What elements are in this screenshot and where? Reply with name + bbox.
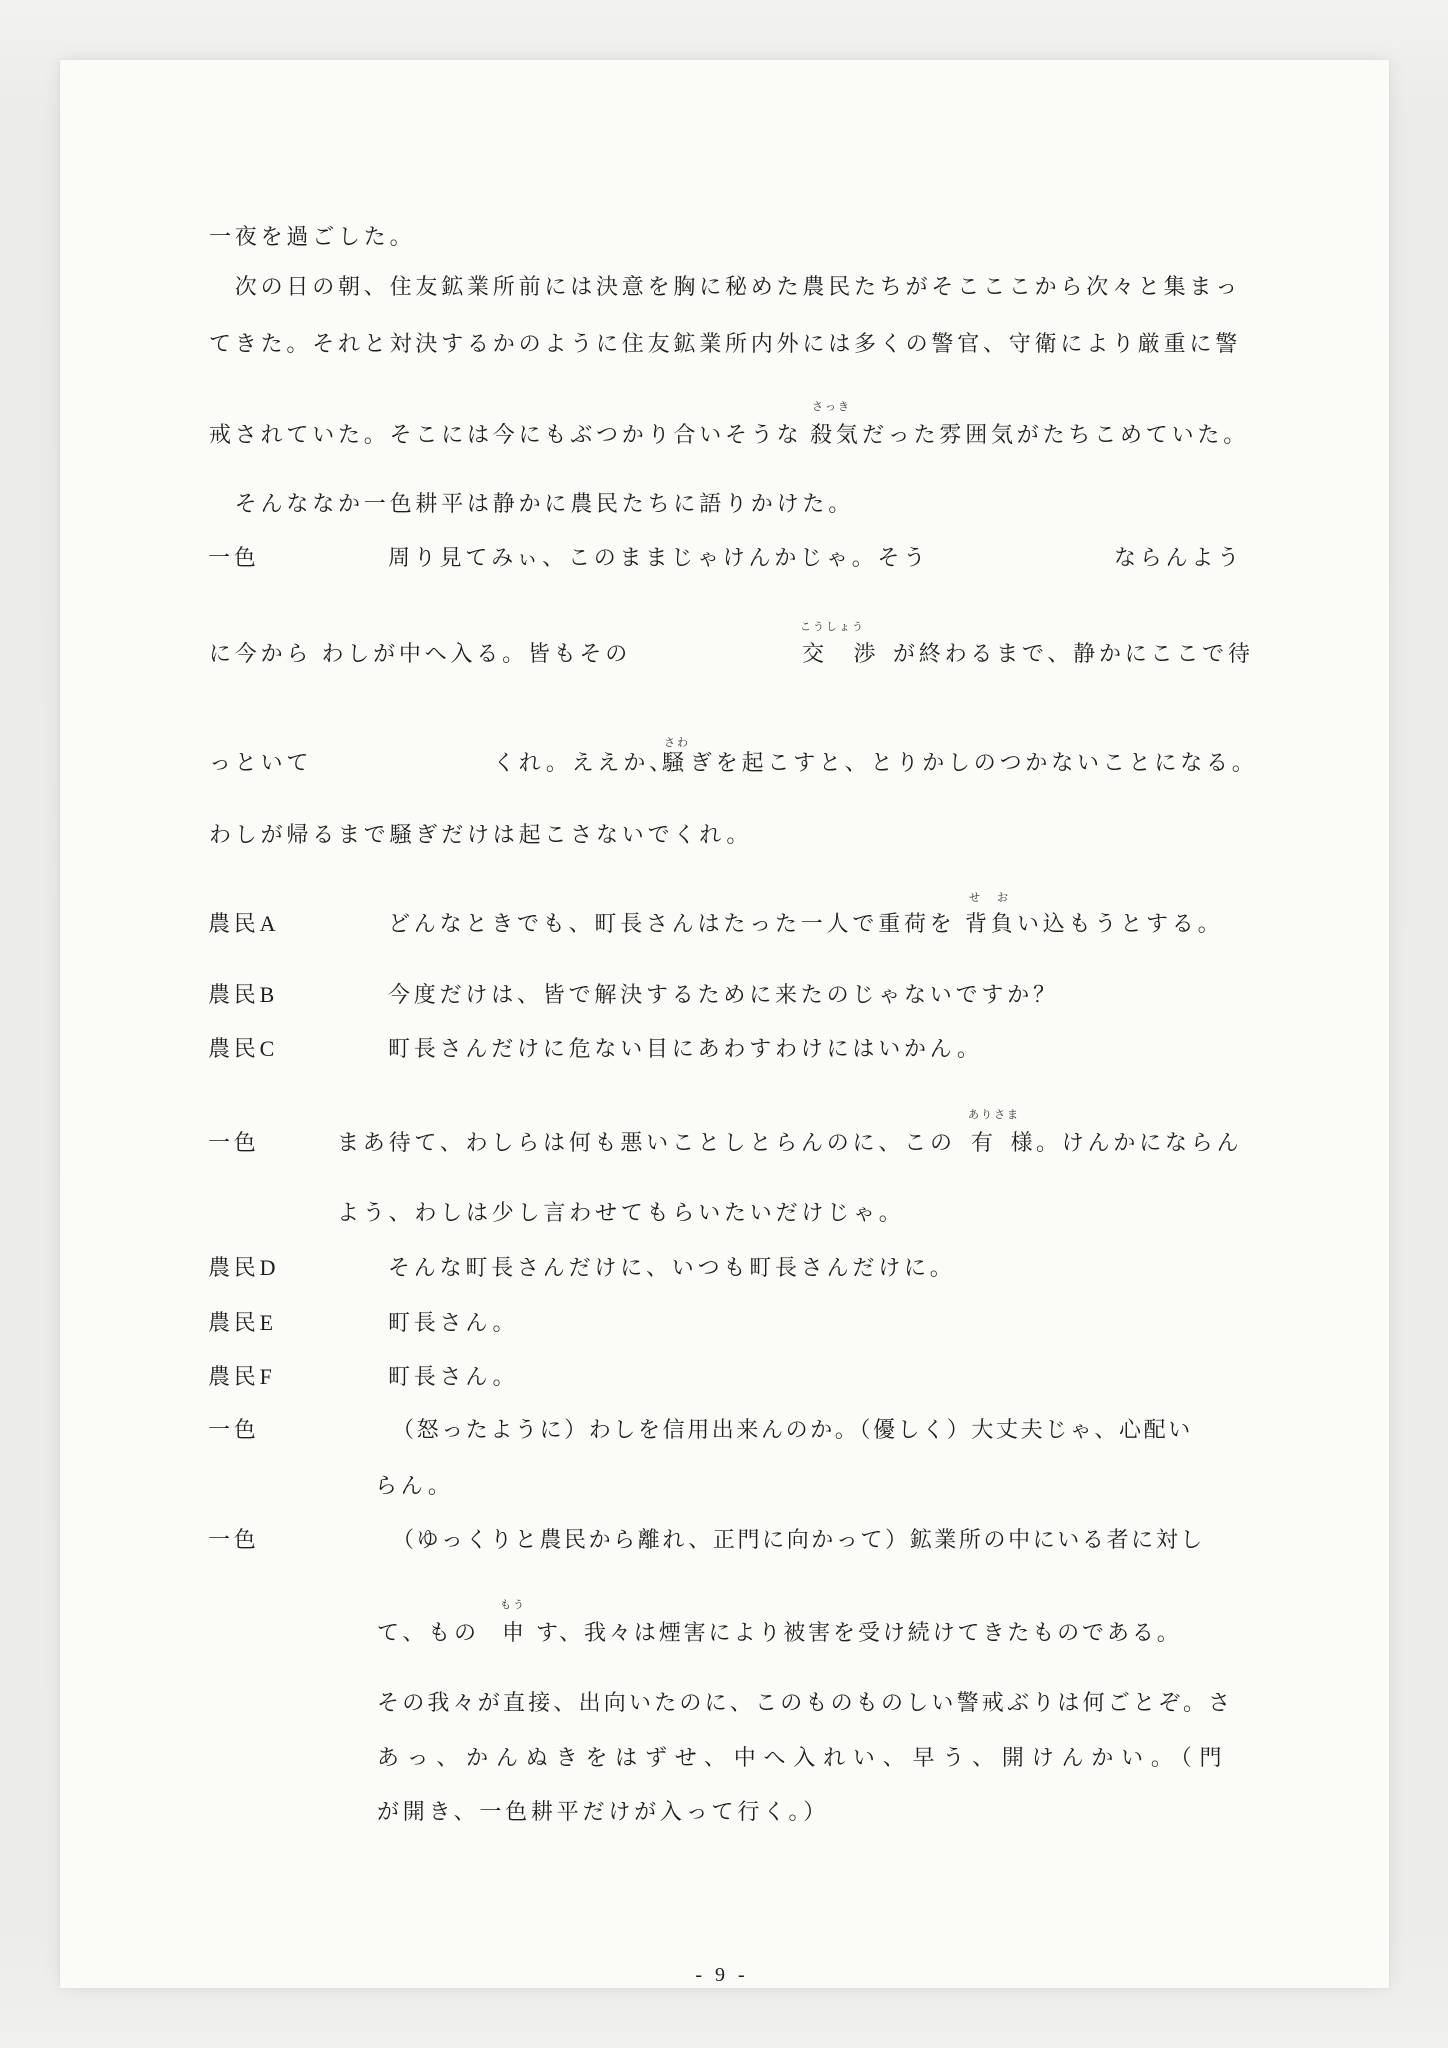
narration-line: 一夜を過ごした。 [209,222,415,252]
dialogue-line: その我々が直接、出向いたのに、このものものしい警戒ぶりは何ごとぞ。さ [377,1688,1233,1718]
dialogue-line: そんな町長さんだけに、いつも町長さんだけに。 [388,1253,956,1283]
page-number: - 9 - [695,1964,748,1987]
speaker-name: 一色 [208,1525,260,1555]
speaker-name: 一色 [208,1415,260,1445]
narration-line-cont: だった雰囲気がたちこめていた。 [862,420,1249,450]
ruby-base: 殺気 [810,420,862,450]
speaker-name: 農民A [208,909,279,939]
speaker-name: 農民C [208,1034,278,1064]
ruby-base: 騒 [662,748,688,778]
dialogue-line: わしが帰るまで騒ぎだけは起こさないでくれ。 [209,820,752,850]
dialogue-line: 周り見てみぃ、このままじゃけんかじゃ。そう [388,543,929,573]
ruby-annotation: せ お [969,891,1011,905]
dialogue-line-cont: ぎを起こすと、とりかしのつかないことになる。 [690,748,1258,778]
narration-line: てきた。それと対決するかのように住友鉱業所内外には多くの警官、守衛により厳重に警 [209,329,1241,359]
dialogue-line: っといて [209,748,312,778]
dialogue-line: 今度だけは、皆で解決するために来たのじゃないですか？ [388,980,1059,1010]
stage-direction-dialogue: （ゆっくりと農民から離れ、正門に向かって）鉱業所の中にいる者に対し [392,1525,1205,1555]
ruby-base: 有 様 [971,1128,1039,1158]
dialogue-line-cont: 。けんかにならん [1036,1128,1242,1158]
ruby-annotation: ありさま [968,1108,1020,1122]
dialogue-line-cont: が終わるまで、静かにここで待 [893,639,1254,669]
dialogue-line: 町長さん。 [388,1362,518,1392]
speaker-name: 農民F [208,1362,276,1392]
ruby-annotation: こうしょう [800,620,865,634]
ruby-base: 交 渉 [802,639,888,669]
dialogue-line-cont: い込もうとする。 [1017,909,1223,939]
dialogue-line: まあ待て、わしらは何も悪いことしとらんのに、この [337,1128,956,1158]
speaker-name: 農民E [208,1308,277,1338]
dialogue-line: どんなときでも、町長さんはたった一人で重荷を [388,909,956,939]
dialogue-line-cont: す、我々は煙害により被害を受け続けてきたものである。 [536,1618,1182,1648]
dialogue-line: あっ、かんぬきをはずせ、中へ入れい、早う、開けんかい。（門 [377,1743,1229,1773]
speaker-name: 農民B [208,980,278,1010]
dialogue-line-tail: ならんよう [1114,543,1243,573]
dialogue-line: 町長さんだけに危ない目にあわすわけにはいかん。 [388,1034,983,1064]
narration-line: そんななか一色耕平は静かに農民たちに語りかけた。 [209,489,854,519]
ruby-annotation: もう [500,1598,526,1612]
dialogue-line: て、もの [377,1618,480,1648]
narration-line: 戒されていた。そこには今にもぶつかり合いそうな [209,420,802,450]
dialogue-line: に今から わしが中へ入る。皆もその [209,639,631,669]
speaker-name: 農民D [208,1253,279,1283]
ruby-base: 背負 [965,909,1017,939]
ruby-annotation: さっき [812,400,851,414]
narration-line: 次の日の朝、住友鉱業所前には決意を胸に秘めた農民たちがそこここから次々と集まっ [209,272,1241,302]
speaker-name: 一色 [208,1128,260,1158]
dialogue-line: 町長さん。 [388,1308,518,1338]
dialogue-line: よう、わしは少し言わせてもらいたいだけじゃ。 [337,1198,905,1228]
dialogue-line-cont: くれ。ええか、 [493,748,675,778]
dialogue-line: が開き、一色耕平だけが入って行く。） [377,1797,829,1827]
document-page: 一夜を過ごした。 次の日の朝、住友鉱業所前には決意を胸に秘めた農民たちがそこここ… [60,60,1389,1988]
ruby-base: 申 [502,1618,528,1648]
stage-direction-dialogue: （怒ったように）わしを信用出来んのか。（優しく）大丈夫じゃ、心配い [392,1415,1193,1445]
speaker-name: 一色 [208,543,260,573]
dialogue-line: らん。 [375,1471,454,1501]
